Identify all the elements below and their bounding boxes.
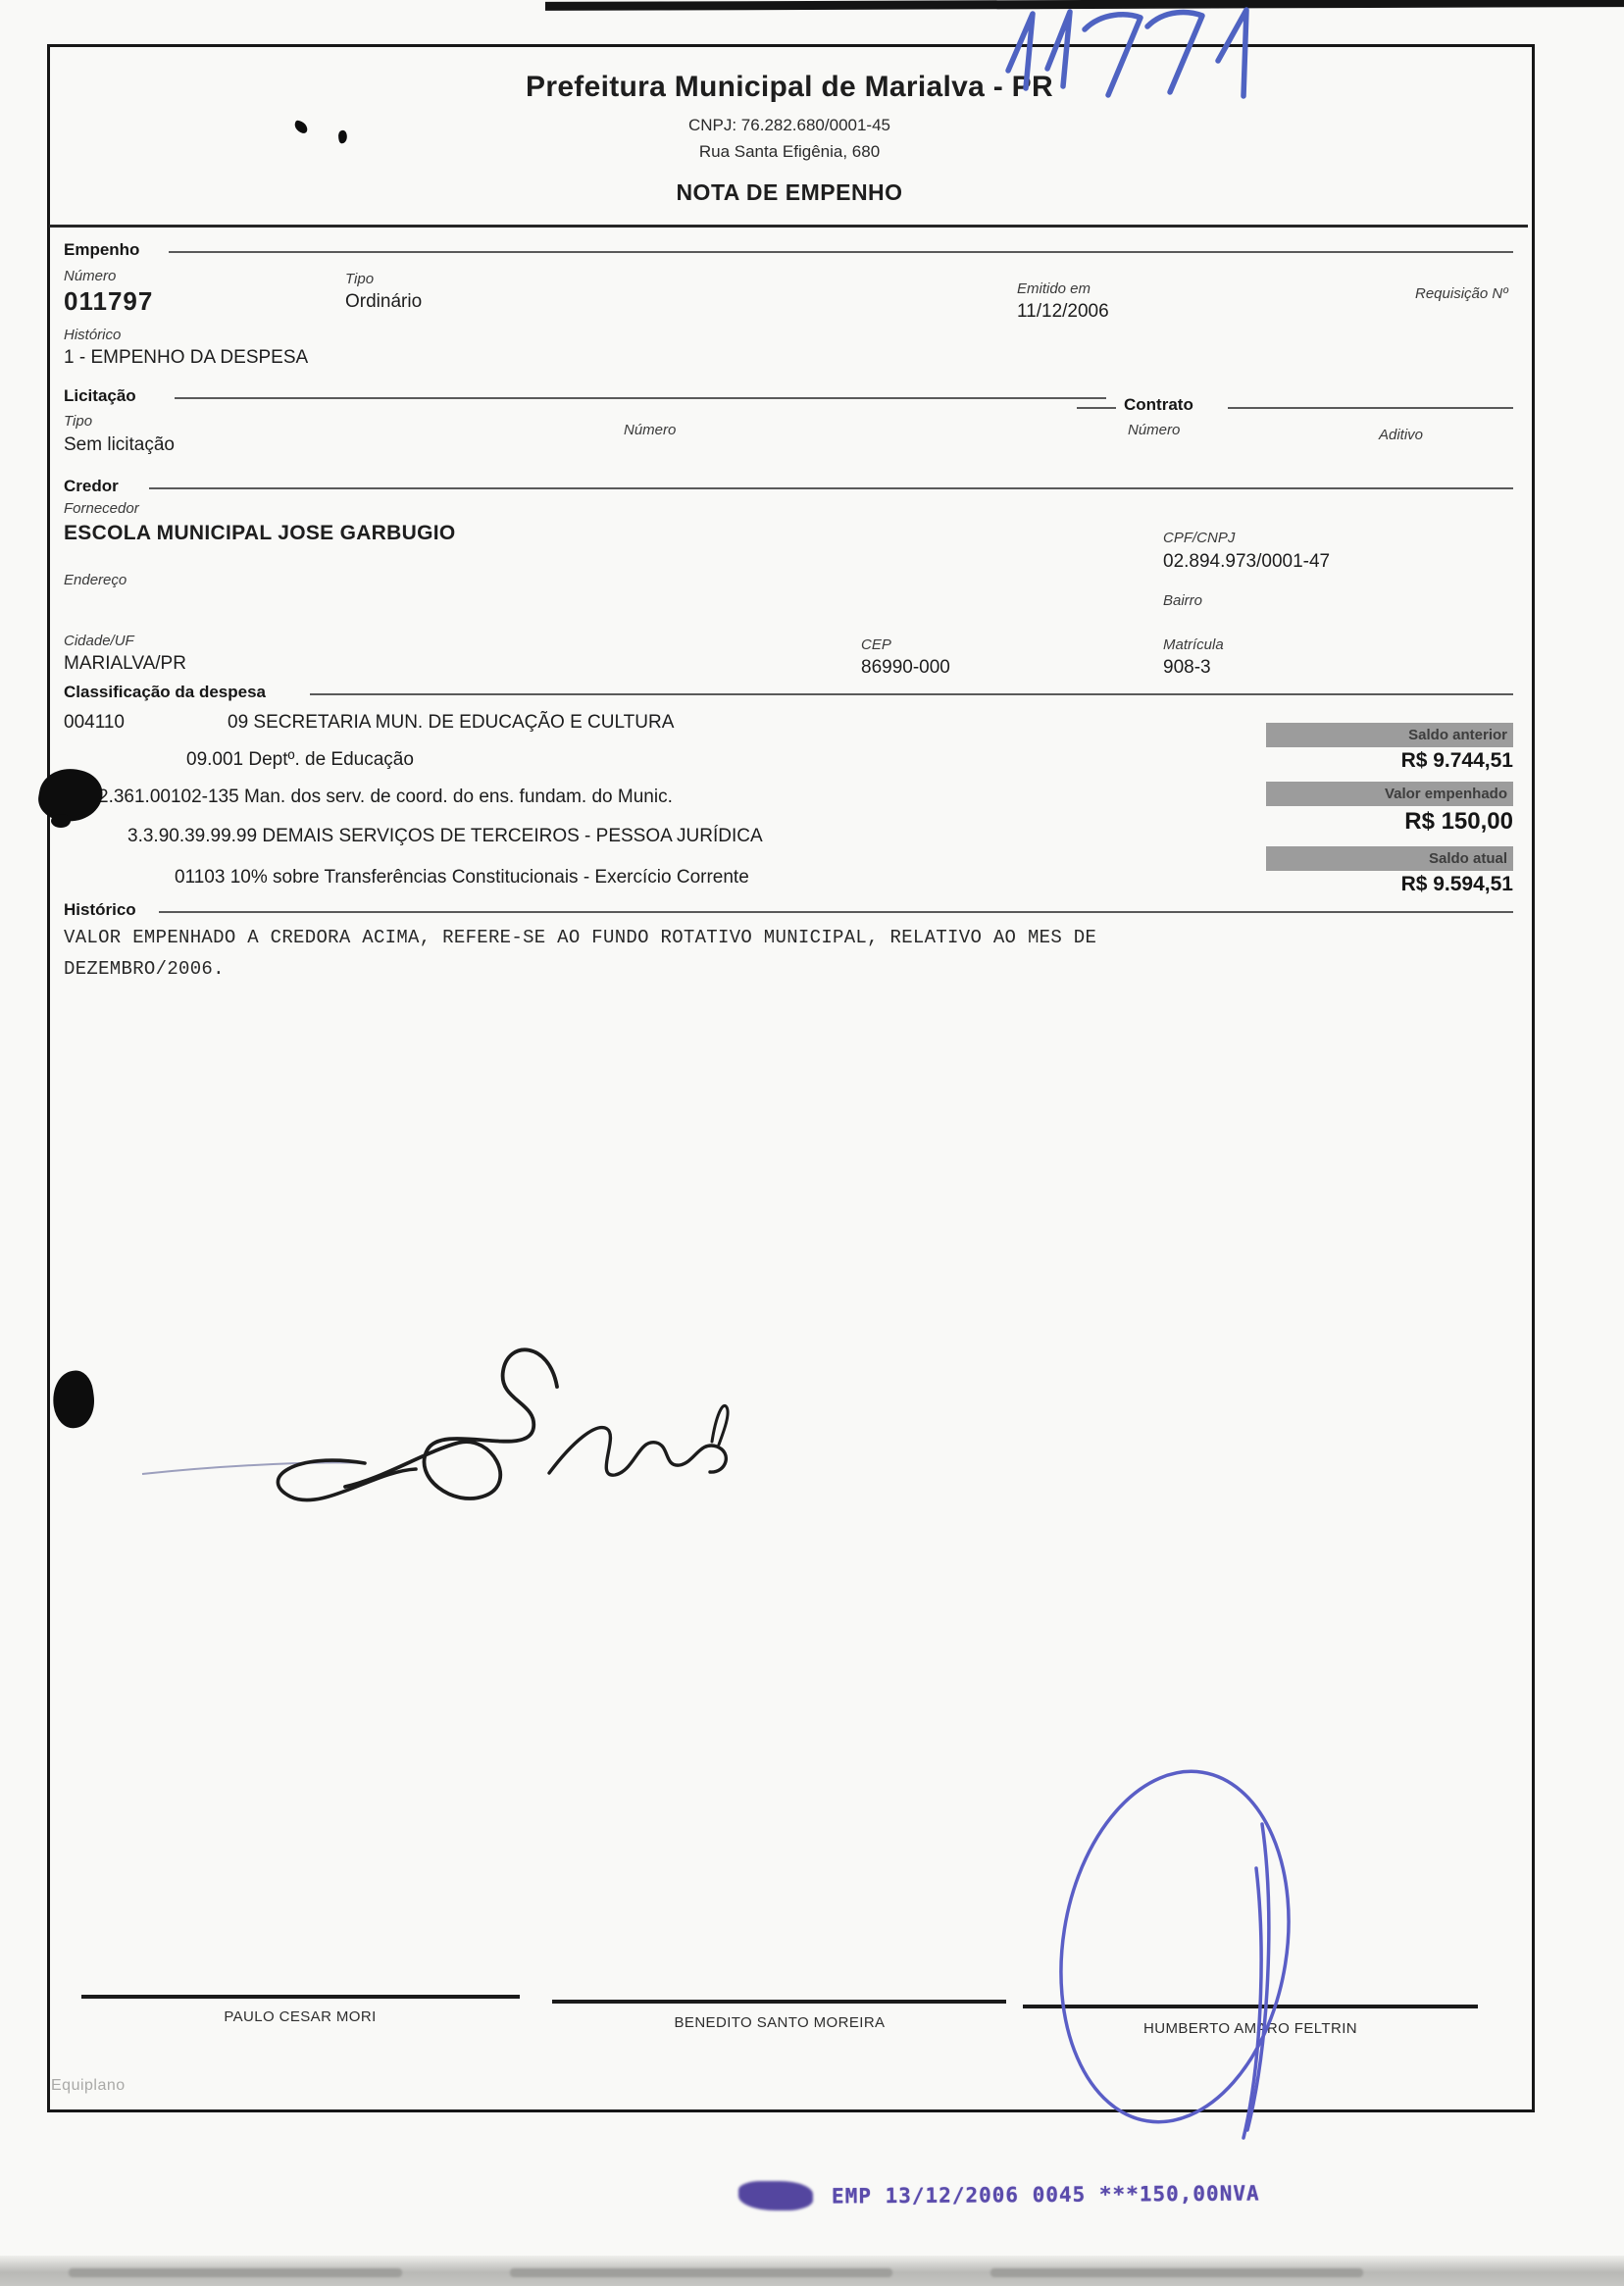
header-divider [49, 225, 1528, 228]
classificacao-row: 01103 10% sobre Transferências Constituc… [175, 867, 749, 889]
system-vendor-label: Equiplano [51, 2077, 126, 2095]
credor-bairro-label: Bairro [1163, 592, 1202, 609]
empenho-historico-value: 1 - EMPENHO DA DESPESA [64, 347, 308, 369]
historico-text-line2: DEZEMBRO/2006. [64, 958, 225, 980]
classificacao-row: 09.001 Deptº. de Educação [186, 749, 414, 771]
section-classificacao-rule [310, 693, 1513, 695]
section-credor: Credor [64, 477, 119, 496]
ink-blot [51, 814, 71, 828]
classificacao-row: 09 SECRETARIA MUN. DE EDUCAÇÃO E CULTURA [228, 712, 674, 734]
licitacao-tipo-label: Tipo [64, 413, 92, 430]
credor-cep-value: 86990-000 [861, 657, 950, 679]
empenho-emitido-value: 11/12/2006 [1017, 301, 1109, 323]
cnpj-line: CNPJ: 76.282.680/0001-45 [250, 116, 1329, 135]
empenho-requisicao-label: Requisição Nº [1415, 285, 1508, 302]
signature-name-2: BENEDITO SANTO MOREIRA [584, 2014, 976, 2031]
credor-cidade-value: MARIALVA/PR [64, 653, 186, 675]
section-contrato-rule-left [1077, 407, 1116, 409]
credor-fornecedor-value: ESCOLA MUNICIPAL JOSE GARBUGIO [64, 522, 455, 545]
credor-cidade-label: Cidade/UF [64, 633, 134, 649]
saldo-atual-bar: Saldo atual [1266, 846, 1513, 871]
signature-line-1 [81, 1995, 520, 1999]
historico-text-line1: VALOR EMPENHADO A CREDORA ACIMA, REFERE-… [64, 927, 1096, 948]
classificacao-row: 3.3.90.39.99.99 DEMAIS SERVIÇOS DE TERCE… [127, 826, 763, 847]
section-contrato: Contrato [1124, 395, 1193, 415]
document-type-title: NOTA DE EMPENHO [250, 179, 1329, 206]
validation-stamp-text: EMP 13/12/2006 0045 ***150,00NVA [832, 2181, 1260, 2208]
empenho-tipo-label: Tipo [345, 271, 374, 287]
licitacao-numero-label: Número [624, 422, 676, 438]
signature-line-2 [552, 2000, 1006, 2004]
saldo-atual-value: R$ 9.594,51 [1266, 873, 1513, 896]
empenho-historico-label: Histórico [64, 327, 121, 343]
scanner-shadow-segment [510, 2268, 892, 2277]
scanner-edge-top [545, 0, 1624, 11]
valor-empenhado-value: R$ 150,00 [1266, 808, 1513, 836]
section-historico-rule [159, 911, 1513, 913]
licitacao-tipo-value: Sem licitação [64, 434, 175, 456]
classificacao-row: 2.361.00102-135 Man. dos serv. de coord.… [98, 787, 673, 808]
signature-line-3 [1023, 2005, 1478, 2008]
municipality-title: Prefeitura Municipal de Marialva - PR [250, 71, 1329, 104]
scanner-shadow-segment [990, 2268, 1363, 2277]
credor-cpfcnpj-label: CPF/CNPJ [1163, 530, 1235, 546]
valor-empenhado-bar: Valor empenhado [1266, 782, 1513, 806]
credor-fornecedor-label: Fornecedor [64, 500, 139, 517]
contrato-numero-label: Número [1128, 422, 1180, 438]
signature-name-3: HUMBERTO AMARO FELTRIN [1054, 2020, 1446, 2037]
signature-name-1: PAULO CESAR MORI [104, 2008, 496, 2025]
credor-matricula-value: 908-3 [1163, 657, 1211, 679]
saldo-anterior-bar: Saldo anterior [1266, 723, 1513, 747]
stamp-logo-blob [738, 2181, 813, 2210]
empenho-tipo-value: Ordinário [345, 291, 422, 313]
saldo-anterior-value: R$ 9.744,51 [1266, 749, 1513, 773]
section-licitacao-rule [175, 397, 1106, 399]
section-historico: Histórico [64, 900, 136, 920]
scanned-document-page: Prefeitura Municipal de Marialva - PR CN… [0, 0, 1624, 2286]
section-empenho-rule [169, 251, 1513, 253]
section-contrato-rule [1228, 407, 1513, 409]
section-credor-rule [149, 487, 1513, 489]
section-licitacao: Licitação [64, 386, 136, 406]
empenho-emitido-label: Emitido em [1017, 280, 1091, 297]
section-empenho: Empenho [64, 240, 139, 260]
credor-cep-label: CEP [861, 636, 891, 653]
empenho-numero-label: Número [64, 268, 116, 284]
classificacao-row-code: 004110 [64, 712, 125, 734]
address-line: Rua Santa Efigênia, 680 [250, 142, 1329, 162]
section-classificacao: Classificação da despesa [64, 683, 266, 702]
empenho-numero-value: 011797 [64, 286, 153, 317]
credor-matricula-label: Matrícula [1163, 636, 1224, 653]
credor-cpfcnpj-value: 02.894.973/0001-47 [1163, 551, 1330, 573]
scanner-shadow-segment [69, 2268, 402, 2277]
contrato-aditivo-label: Aditivo [1379, 427, 1423, 443]
credor-endereco-label: Endereço [64, 572, 127, 588]
